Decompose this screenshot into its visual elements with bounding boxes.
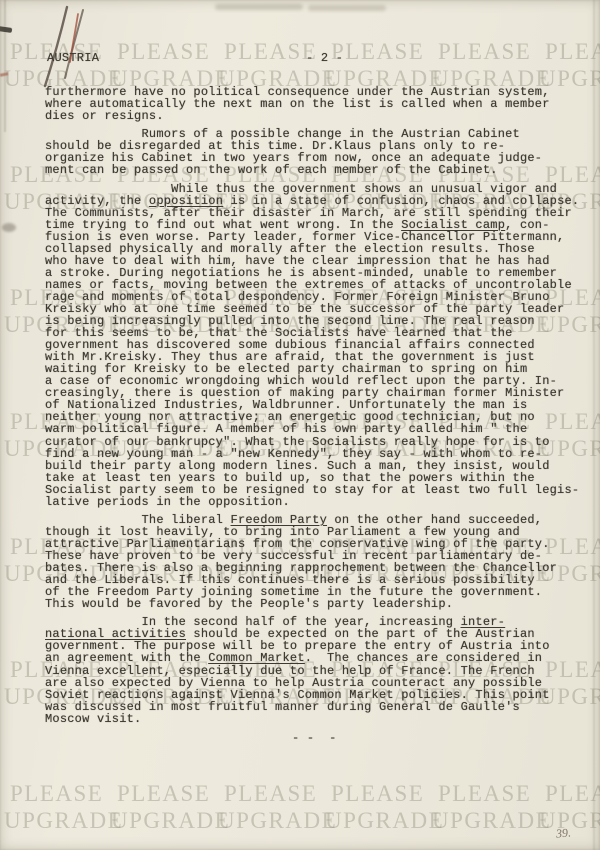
text-line: time trying to find out what went wrong.… [45,219,597,231]
text-line: curator of our bankrupcy". What the Soci… [45,436,597,448]
text-line: lative periods in the opposition. [45,496,597,508]
paragraph: Rumors of a possible change in the Austr… [45,128,597,176]
text-line: fusion is even worse. Party leader, form… [45,231,597,243]
text-line: The Communists, after their disaster in … [45,207,597,219]
watermark-text: UPGRADE [4,809,123,832]
scanned-document-page: PLEASEUPGRADEPLEASEUPGRADEPLEASEUPGRADEP… [0,0,600,850]
end-of-section-mark: - - - [292,731,337,745]
paragraph: While thus the government shows an unusu… [45,183,597,508]
watermark-text: PLEASE [331,782,424,805]
text-line: Vienna excellent, especially due to the … [45,665,597,677]
text-line: Moscow visit. [45,713,597,725]
watermark-text: UPGRADE [111,809,230,832]
page-number: - 2 - [306,51,343,65]
watermark-text: PLEASE [117,782,210,805]
text-line: build their party along modern lines. Su… [45,460,597,472]
country-heading: AUSTRIA [47,51,99,65]
text-line: While thus the government shows an unusu… [45,183,597,195]
scan-artifact-smudge [2,223,16,232]
watermark-text: PLEASE [545,40,600,63]
paragraph: In the second half of the year, increasi… [45,616,597,724]
paper-crease [4,0,6,132]
text-line: activity, the opposition is in a state o… [45,195,597,207]
text-line: take at least ten years to build up, so … [45,472,597,484]
watermark-text: UPGRADE [432,809,551,832]
text-line: warm political figure. A member of his o… [45,423,597,435]
paragraph: furthermore have no political consequenc… [45,86,597,122]
watermark-text: PLEASE [224,782,317,805]
paragraph: The liberal Freedom Party on the other h… [45,514,597,610]
scan-artifact-ghost-text [215,4,303,10]
watermark-text: UPGRADE [325,809,444,832]
watermark-text: PLEASE [10,782,103,805]
watermark-text: PLEASE [224,40,317,63]
document-body: furthermore have no political consequenc… [45,86,597,725]
text-line: was discussed in most fruitful manner du… [45,701,597,713]
scan-artifact-dash [0,26,12,33]
text-line: are also expected by Vienna to help Aust… [45,677,597,689]
text-line: collapsed physically and morally after t… [45,243,597,255]
text-line: Socialist party seem to be resigned to s… [45,484,597,496]
watermark-text: PLEASE [438,40,531,63]
watermark-text: PLEASE [438,782,531,805]
text-line: This would be favored by the People's pa… [45,598,597,610]
watermark-text: UPGRADE [218,809,337,832]
text-line: ment can be passed on the work of each m… [45,164,597,176]
watermark-text: PLEASE [545,782,600,805]
watermark-text: PLEASE [331,40,424,63]
text-line: dies or resigns. [45,110,597,122]
text-line: find a new young man - a "new Kennedy", … [45,448,597,460]
watermark-text: PLEASE [117,40,210,63]
scan-artifact-ghost-text [308,5,386,11]
text-line: Soviet reactions against Vienna's Common… [45,689,597,701]
handwritten-page-number: 39. [555,825,571,841]
text-line: an agreement with the Common Market. The… [45,652,597,664]
